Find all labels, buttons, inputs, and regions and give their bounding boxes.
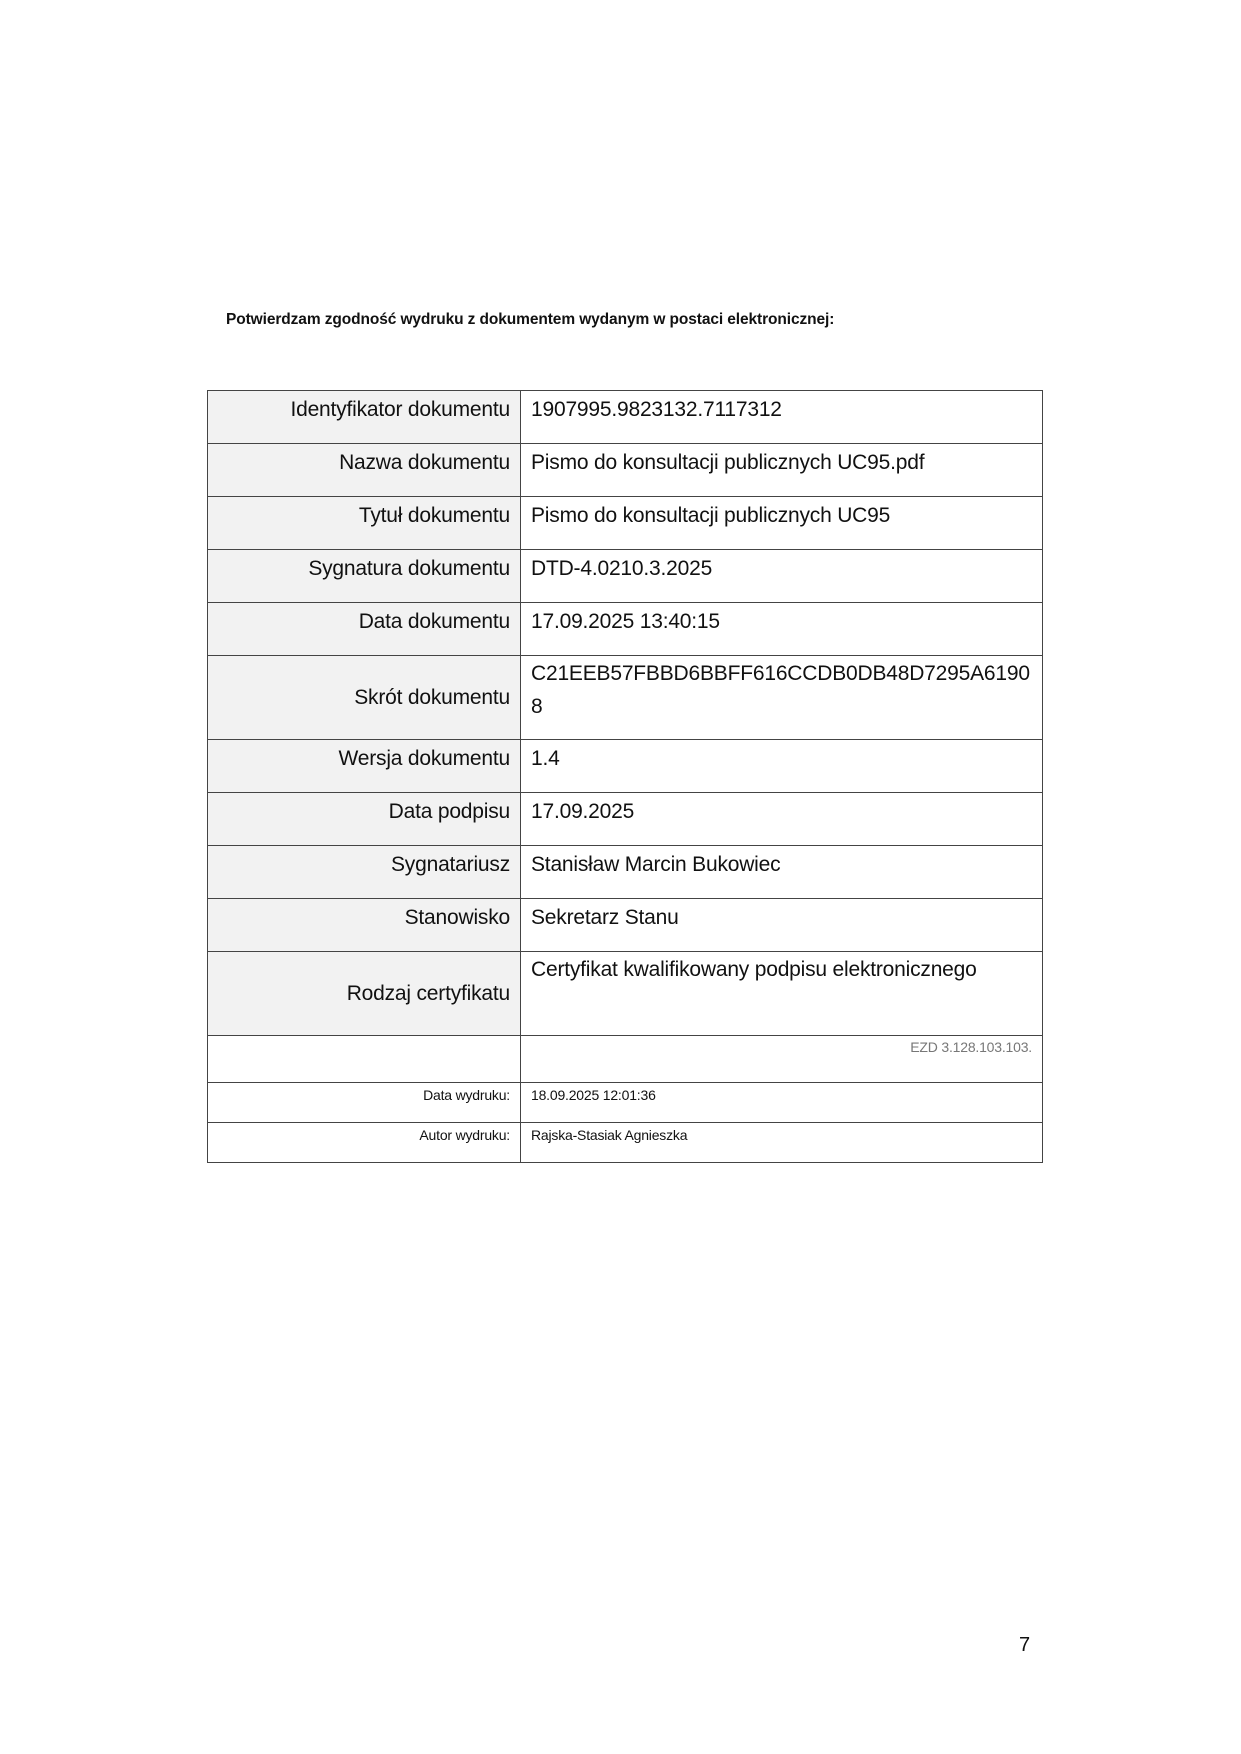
row-print-author: Autor wydruku: Rajska-Stasiak Agnieszka (208, 1123, 1043, 1163)
row-label: Data wydruku: (208, 1083, 521, 1123)
row-value: DTD-4.0210.3.2025 (521, 550, 1043, 603)
row-label: Data podpisu (208, 793, 521, 846)
row-value: 1.4 (521, 740, 1043, 793)
row-label: Tytuł dokumentu (208, 497, 521, 550)
row-value: Sekretarz Stanu (521, 899, 1043, 952)
row-label: Sygnatariusz (208, 846, 521, 899)
row-document-version: Wersja dokumentu 1.4 (208, 740, 1043, 793)
confirmation-heading: Potwierdzam zgodność wydruku z dokumente… (226, 311, 834, 329)
row-document-signature: Sygnatura dokumentu DTD-4.0210.3.2025 (208, 550, 1043, 603)
row-value: Pismo do konsultacji publicznych UC95 (521, 497, 1043, 550)
row-label: Stanowisko (208, 899, 521, 952)
row-system-version: EZD 3.128.103.103. (208, 1036, 1043, 1083)
row-signatory: Sygnatariusz Stanisław Marcin Bukowiec (208, 846, 1043, 899)
row-value: 18.09.2025 12:01:36 (521, 1083, 1043, 1123)
row-value: 1907995.9823132.7117312 (521, 391, 1043, 444)
row-print-date: Data wydruku: 18.09.2025 12:01:36 (208, 1083, 1043, 1123)
row-document-title: Tytuł dokumentu Pismo do konsultacji pub… (208, 497, 1043, 550)
row-certificate-type: Rodzaj certyfikatu Certyfikat kwalifikow… (208, 952, 1043, 1036)
row-document-id: Identyfikator dokumentu 1907995.9823132.… (208, 391, 1043, 444)
page-number: 7 (1019, 1634, 1030, 1657)
row-value: Pismo do konsultacji publicznych UC95.pd… (521, 444, 1043, 497)
row-value: 17.09.2025 (521, 793, 1043, 846)
row-label: Nazwa dokumentu (208, 444, 521, 497)
document-metadata-table: Identyfikator dokumentu 1907995.9823132.… (207, 390, 1043, 1163)
empty-cell (208, 1036, 521, 1083)
row-value: C21EEB57FBBD6BBFF616CCDB0DB48D7295A61908 (521, 656, 1043, 740)
row-label: Data dokumentu (208, 603, 521, 656)
row-value: Stanisław Marcin Bukowiec (521, 846, 1043, 899)
row-value: Certyfikat kwalifikowany podpisu elektro… (521, 952, 1043, 1036)
row-document-hash: Skrót dokumentu C21EEB57FBBD6BBFF616CCDB… (208, 656, 1043, 740)
row-document-date: Data dokumentu 17.09.2025 13:40:15 (208, 603, 1043, 656)
row-label: Wersja dokumentu (208, 740, 521, 793)
row-label: Skrót dokumentu (208, 656, 521, 740)
row-position: Stanowisko Sekretarz Stanu (208, 899, 1043, 952)
system-version: EZD 3.128.103.103. (521, 1036, 1043, 1083)
row-document-name: Nazwa dokumentu Pismo do konsultacji pub… (208, 444, 1043, 497)
row-signing-date: Data podpisu 17.09.2025 (208, 793, 1043, 846)
row-value: Rajska-Stasiak Agnieszka (521, 1123, 1043, 1163)
row-label: Rodzaj certyfikatu (208, 952, 521, 1036)
row-label: Autor wydruku: (208, 1123, 521, 1163)
row-label: Identyfikator dokumentu (208, 391, 521, 444)
row-label: Sygnatura dokumentu (208, 550, 521, 603)
row-value: 17.09.2025 13:40:15 (521, 603, 1043, 656)
